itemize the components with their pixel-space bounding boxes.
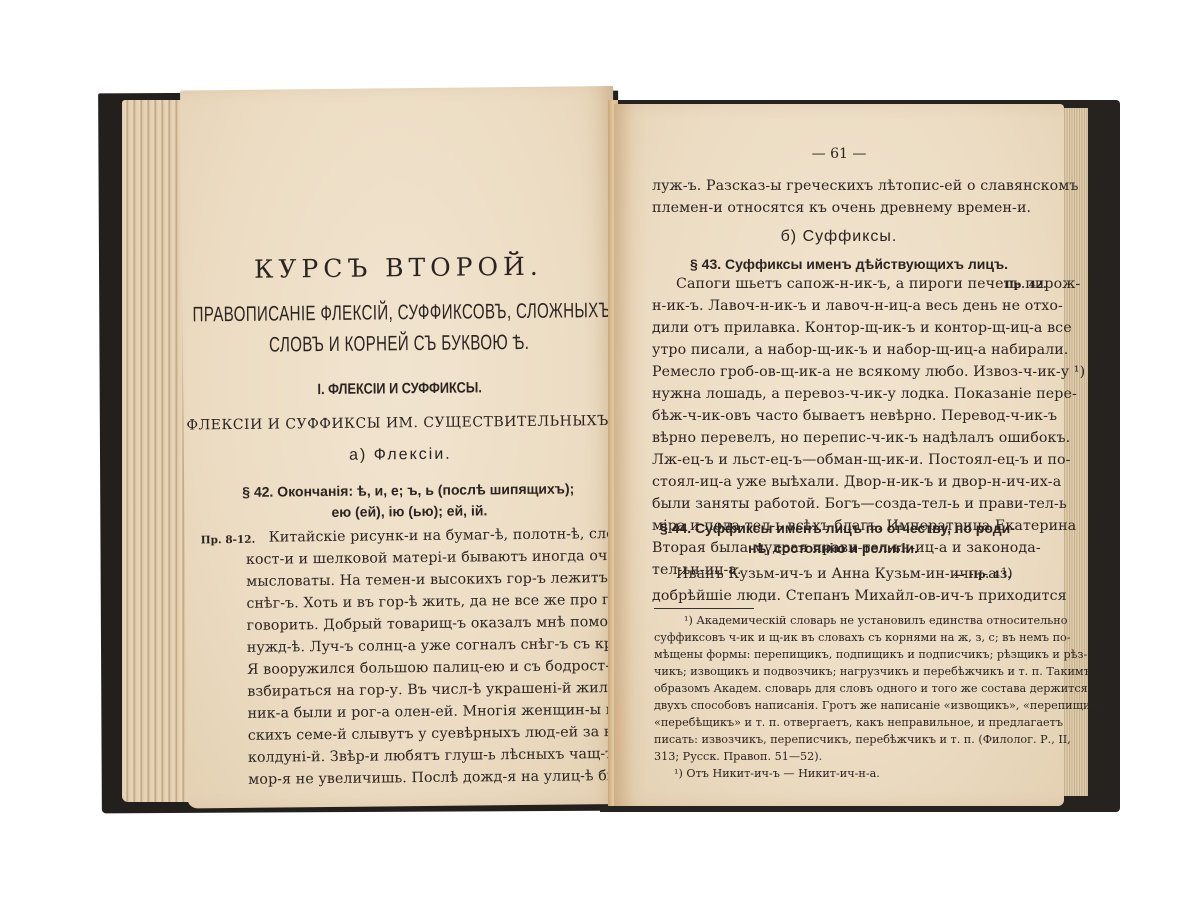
footnote-line: ¹) Отъ Никит-ич-ъ — Никит-ич-н-а. [674, 767, 880, 780]
body-line: Лж-ец-ъ и льст-ец-ъ—обман-щ-ик-и. Постоя… [652, 452, 1071, 468]
body-line: вѣрно перевелъ, но перепис-ч-ик-ъ надѣла… [652, 430, 1070, 446]
flexion-subheading: а) Флексіи. [184, 444, 617, 467]
body-line: добрѣйшіе люди. Степанъ Михайл-ов-ич-ъ п… [652, 588, 1067, 604]
body-line: бѣж-ч-ик-овъ часто бываетъ невѣрно. Пере… [652, 408, 1057, 424]
body-line: снѣг-ъ. Хоть и въ гор-ѣ жить, да не все … [246, 592, 641, 612]
page-number: — 61 — [614, 146, 1064, 162]
subsection-title: ФЛЕКСІИ И СУФФИКСЫ ИМ. СУЩЕСТВИТЕЛЬНЫХЪ. [183, 413, 616, 434]
body-line: Сапоги шьетъ сапож-н-ик-ъ, а пироги пече… [676, 276, 1080, 292]
paragraph-42-title-line-2: ею (ей), ію (ью); ей, ій. [331, 502, 487, 520]
paragraph-42-title-line-1: § 42. Окончанія: ѣ, и, е; ъ, ь (послѣ ши… [242, 480, 574, 499]
body-line: дили отъ прилавка. Контор-щ-ик-ъ и конто… [652, 320, 1072, 336]
footnote-line: чикъ; извощикъ и подвозчикъ; нагрузчикъ … [654, 665, 1091, 678]
paragraph-44-title-line-2: нѣ, состоянію и религіи. [748, 540, 918, 556]
margin-note-exercises: Пр. 8-12. [201, 534, 256, 547]
body-line: нужд-ѣ. Луч-ъ солнц-а уже согналъ снѣг-ъ… [247, 636, 657, 656]
suffix-subheading: б) Суффиксы. [614, 228, 1064, 246]
body-line: кост-и и шелковой матері-и бываютъ иногд… [246, 548, 659, 568]
paragraph-44-title-line-1: § 44. Суффиксы именъ лицъ по отчеству, п… [660, 520, 1015, 536]
open-book-photo: КУРСЪ ВТОРОЙ. ПРАВОПИСАНІЕ ФЛЕКСІЙ, СУФФ… [0, 0, 1200, 900]
body-line: утро писали, а набор-щ-ик-ъ и набор-щ-иц… [652, 342, 1068, 358]
footnote-rule [654, 608, 754, 609]
body-line: были заняты работой. Богъ—созда-тел-ь и … [652, 496, 1067, 512]
body-line: стоял-иц-а уже выѣхали. Двор-н-ик-ъ и дв… [652, 474, 1061, 490]
footnote-line: «перебѣщикъ» и т. п. отвергаетъ, какъ не… [654, 716, 1063, 729]
course-title: КУРСЪ ВТОРОЙ. [182, 251, 615, 285]
footnote-line: 313; Русск. Правоп. 51—52). [654, 750, 822, 763]
footnote-line: ¹) Академическій словарь не установилъ е… [684, 614, 1067, 627]
section-title: I. ФЛЕКСІИ И СУФФИКСЫ. [216, 378, 584, 399]
right-page: — 61 — луж-ъ. Разсказ-ы греческихъ лѣтоп… [614, 104, 1064, 806]
body-line: н-ик-ъ. Лавоч-н-ик-ъ и лавоч-н-иц-а весь… [652, 298, 1063, 314]
body-line: Ремесло гроб-ов-щ-ик-а не всякому любо. … [652, 364, 1085, 380]
footnote-line: суффиксовъ ч-ик и щ-ик въ словахъ съ кор… [654, 631, 1071, 644]
body-line: Китайскіе рисунк-и на бумаг-ѣ, полотн-ѣ,… [269, 526, 660, 546]
body-line: мысловаты. На темен-и высокихъ гор-ъ леж… [246, 569, 669, 589]
main-heading-line-1: ПРАВОПИСАНІЕ ФЛЕКСІЙ, СУФФИКСОВЪ, СЛОЖНЫ… [192, 299, 605, 327]
body-line: луж-ъ. Разсказ-ы греческихъ лѣтопис-ей о… [652, 178, 1079, 194]
left-body-text: Китайскіе рисунк-и на бумаг-ѣ, полотн-ѣ,… [180, 86, 613, 91]
footnote-line: писать: извозчикъ, переписчикъ, перебѣжч… [654, 733, 1071, 746]
paragraph-43-title: § 43. Суффиксы именъ дѣйствующихъ лицъ. [690, 256, 1008, 272]
margin-note-43: — Пр. 43. [954, 569, 1011, 581]
footnote-line: мѣщены формы: перепищикъ, подпищикъ и по… [654, 648, 1087, 661]
body-line: племен-и относятся къ очень древнему вре… [652, 200, 1031, 216]
main-heading-line-2: СЛОВЪ И КОРНЕЙ СЪ БУКВОЮ Ѣ. [193, 330, 606, 358]
body-line: говорить. Добрый товарищ-ъ оказалъ мнѣ п… [247, 614, 657, 634]
left-page: КУРСЪ ВТОРОЙ. ПРАВОПИСАНІЕ ФЛЕКСІЙ, СУФФ… [180, 86, 620, 808]
body-line: нужна лошадь, а перевоз-ч-ик-у лодка. По… [652, 386, 1077, 402]
footnote-line: образомъ Академ. словарь для словъ одног… [654, 682, 1088, 695]
footnote-line: двухъ способовъ написанія. Гротъ же напи… [654, 699, 1115, 712]
